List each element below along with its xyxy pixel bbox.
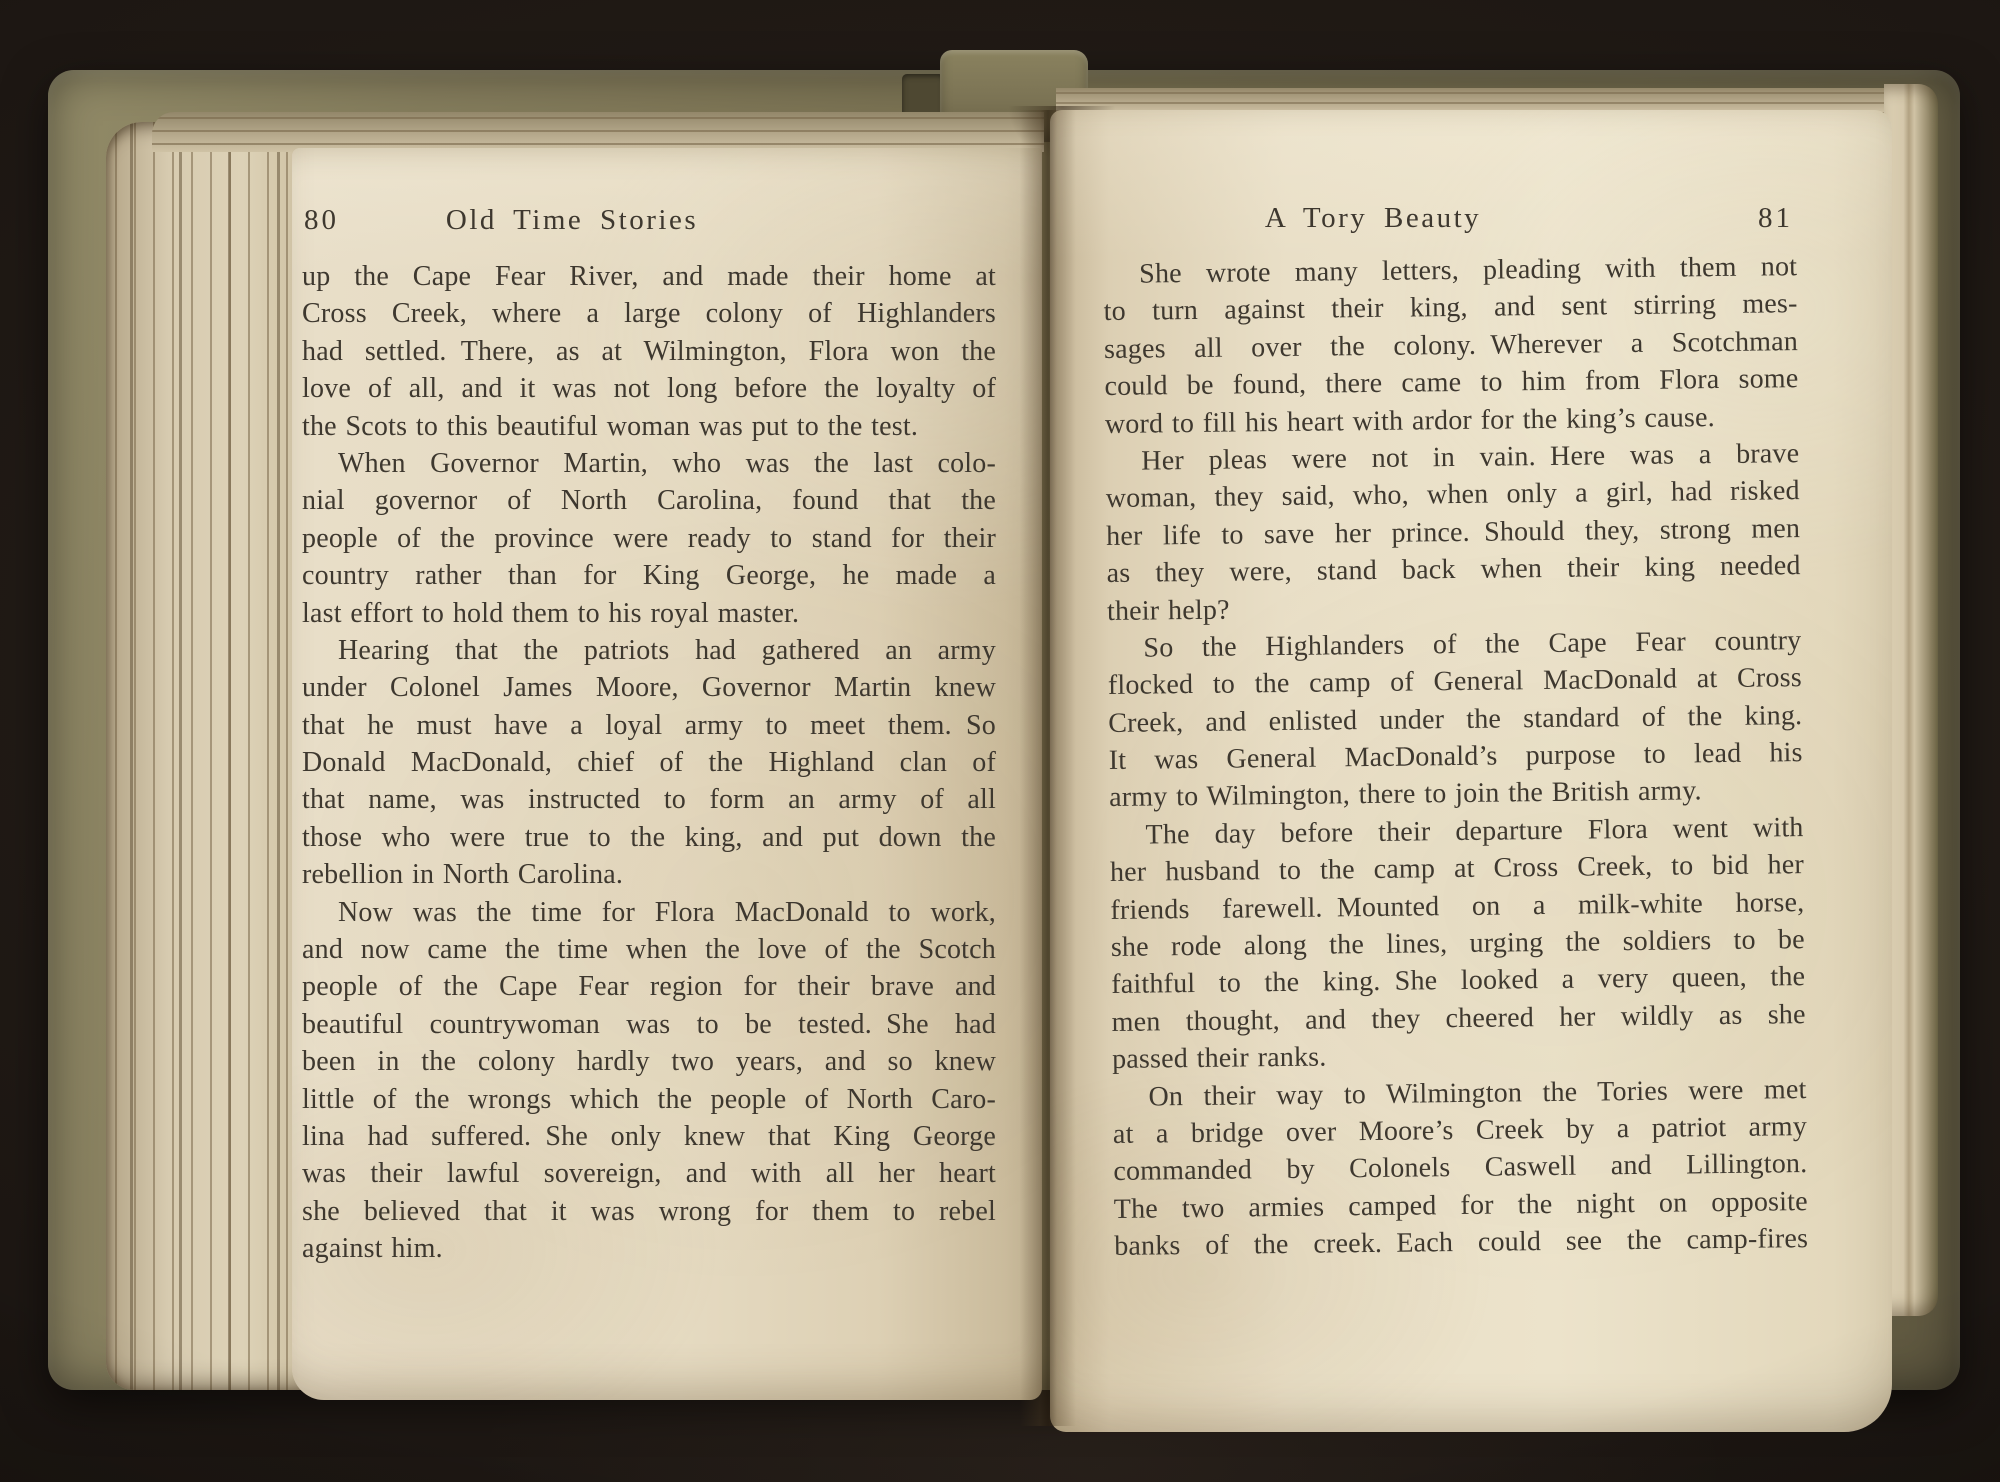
text-line: against him. bbox=[302, 1230, 996, 1267]
right-page-edge-stack bbox=[1884, 84, 1938, 1316]
left-page-header: 80 Old Time Stories bbox=[302, 204, 992, 244]
text-line: that name, was instructed to form an arm… bbox=[302, 781, 996, 818]
paragraph: On their way to Wilmington the Tories we… bbox=[1112, 1071, 1808, 1266]
text-line: she believed that it was wrong for them … bbox=[302, 1193, 996, 1230]
paragraph: up the Cape Fear River, and made their h… bbox=[302, 258, 996, 445]
text-line: and now came the time when the love of t… bbox=[302, 931, 996, 968]
text-line: little of the wrongs which the people of… bbox=[302, 1081, 996, 1118]
text-line: been in the colony hardly two years, and… bbox=[302, 1043, 996, 1080]
text-line: Now was the time for Flora MacDonald to … bbox=[302, 894, 996, 931]
text-line: Hearing that the patriots had gathered a… bbox=[302, 632, 996, 669]
text-line: people of the province were ready to sta… bbox=[302, 520, 996, 557]
left-page: 80 Old Time Stories up the Cape Fear Riv… bbox=[292, 148, 1042, 1400]
paragraph: When Governor Martin, who was the last c… bbox=[302, 445, 996, 632]
top-page-edges-left bbox=[152, 112, 1044, 152]
left-page-body: up the Cape Fear River, and made their h… bbox=[302, 258, 996, 1268]
text-line: rebellion in North Carolina. bbox=[302, 856, 996, 893]
left-page-edge-stack bbox=[106, 122, 302, 1390]
text-line: the Scots to this beautiful woman was pu… bbox=[302, 408, 996, 445]
right-page-body: She wrote many letters, pleading with th… bbox=[1103, 248, 1808, 1265]
text-line: as they were, stand back when their king… bbox=[1106, 547, 1800, 592]
text-line: was their lawful sovereign, and with all… bbox=[302, 1155, 996, 1192]
paragraph: Now was the time for Flora MacDonald to … bbox=[302, 894, 996, 1268]
paragraph: Her pleas were not in vain. Here was a b… bbox=[1105, 435, 1801, 630]
text-line: that he must have a loyal army to meet t… bbox=[302, 707, 996, 744]
paragraph: The day before their departure Flora wen… bbox=[1109, 809, 1806, 1079]
text-line: had settled. There, as at Wilmington, Fl… bbox=[302, 333, 996, 370]
right-page: A Tory Beauty 81 She wrote many letters,… bbox=[1050, 110, 1892, 1432]
text-line: love of all, and it was not long before … bbox=[302, 370, 996, 407]
right-page-number: 81 bbox=[1758, 202, 1793, 235]
paragraph: So the Highlanders of the Cape Fear coun… bbox=[1107, 622, 1803, 817]
text-line: lina had suffered. She only knew that Ki… bbox=[302, 1118, 996, 1155]
paragraph: Hearing that the patriots had gathered a… bbox=[302, 632, 996, 894]
text-line: When Governor Martin, who was the last c… bbox=[302, 445, 996, 482]
text-line: Cross Creek, where a large colony of Hig… bbox=[302, 295, 996, 332]
text-line: beautiful countrywoman was to be tested.… bbox=[302, 1006, 996, 1043]
text-line: those who were true to the king, and put… bbox=[302, 819, 996, 856]
text-line: banks of the creek. Each could see the c… bbox=[1114, 1220, 1808, 1265]
text-line: nial governor of North Carolina, found t… bbox=[302, 482, 996, 519]
text-line: Donald MacDonald, chief of the Highland … bbox=[302, 744, 996, 781]
text-line: people of the Cape Fear region for their… bbox=[302, 968, 996, 1005]
right-page-header: A Tory Beauty 81 bbox=[1103, 202, 1793, 242]
text-line: under Colonel James Moore, Governor Mart… bbox=[302, 669, 996, 706]
paragraph: She wrote many letters, pleading with th… bbox=[1103, 248, 1799, 443]
text-line: last effort to hold them to his royal ma… bbox=[302, 595, 996, 632]
right-running-header: A Tory Beauty bbox=[1028, 202, 1718, 235]
text-line: country rather than for King George, he … bbox=[302, 557, 996, 594]
text-line: up the Cape Fear River, and made their h… bbox=[302, 258, 996, 295]
photo-background: 80 Old Time Stories up the Cape Fear Riv… bbox=[0, 0, 2000, 1482]
left-running-header: Old Time Stories bbox=[227, 204, 917, 237]
